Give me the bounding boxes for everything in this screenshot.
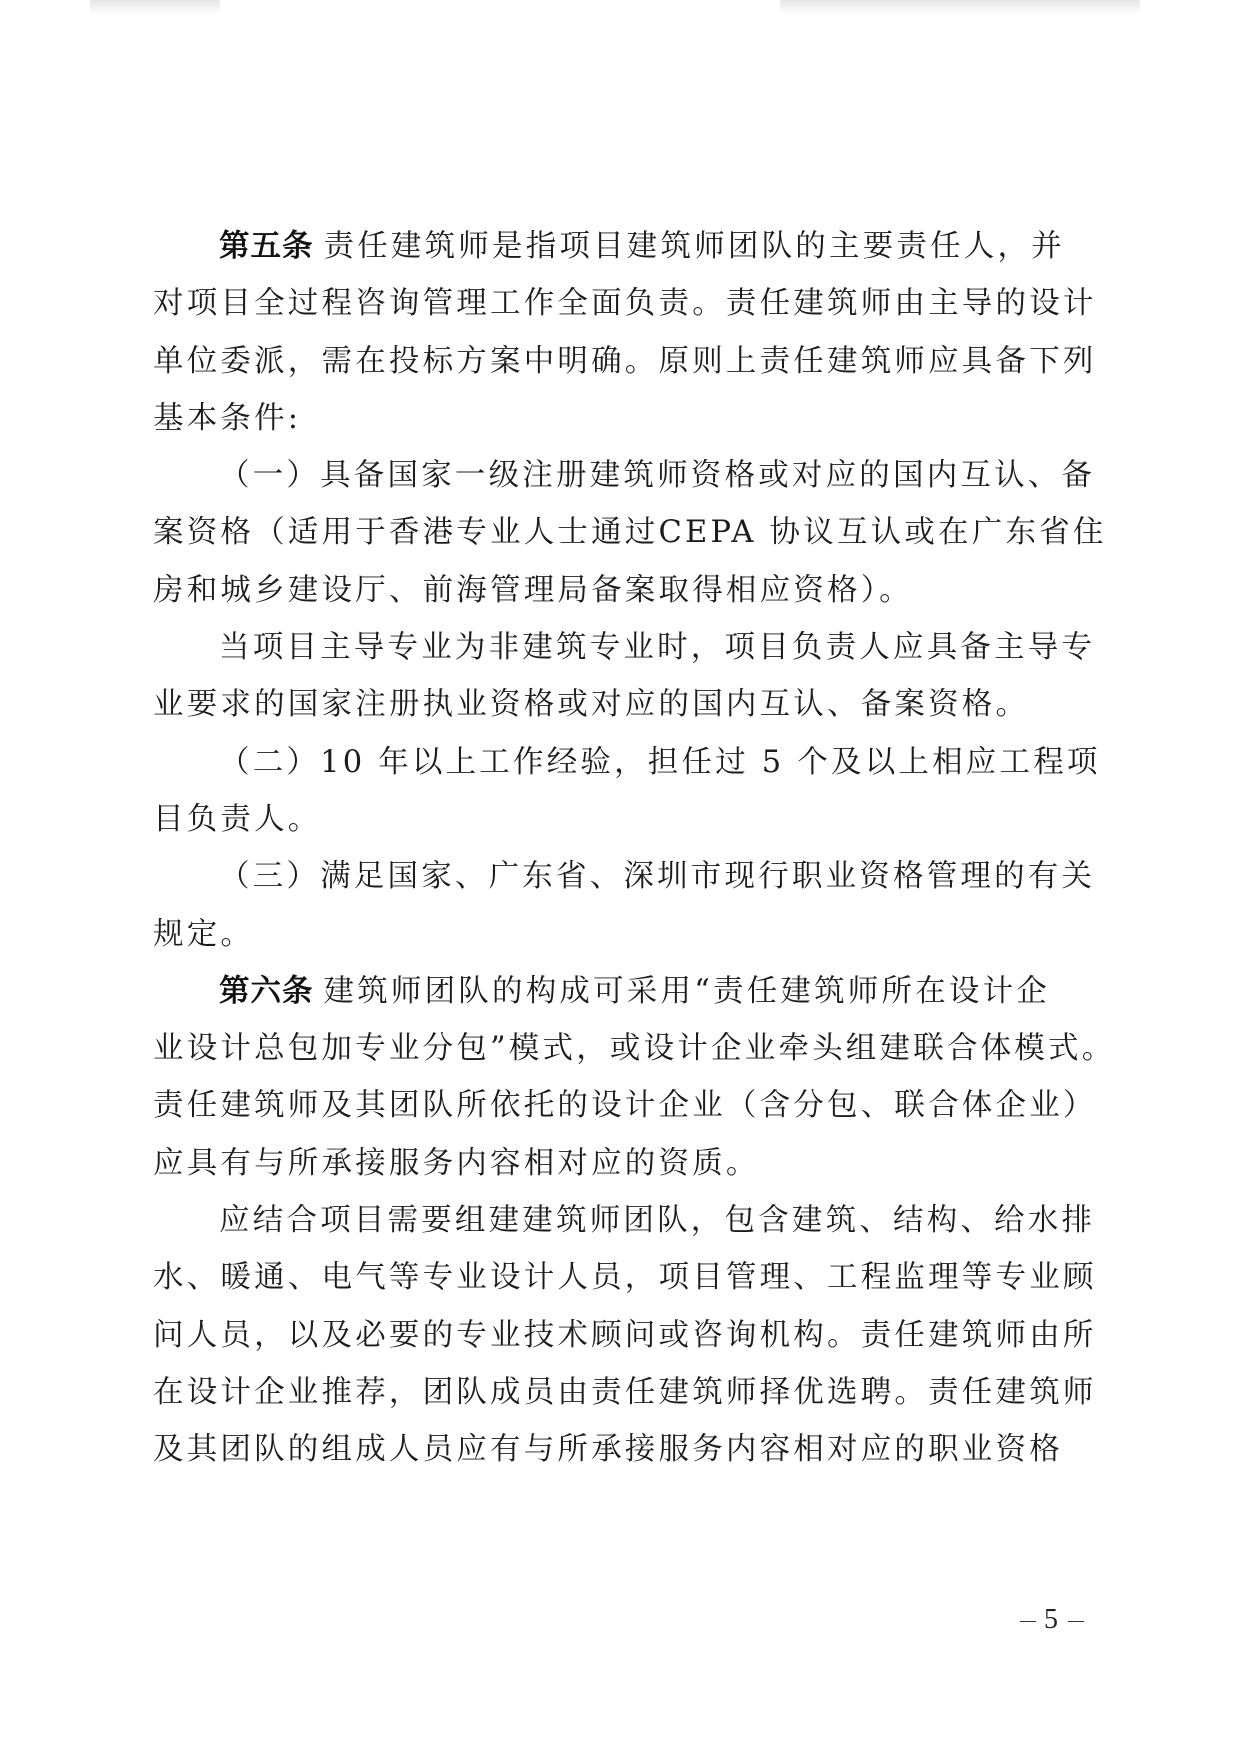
text-line: 应具有与所承接服务内容相对应的资质。: [153, 1135, 1091, 1192]
line-text: 当项目主导专业为非建筑专业时，项目负责人应具备主导专: [219, 630, 1095, 665]
line-text: 业要求的国家注册执业资格或对应的国内互认、备案资格。: [153, 687, 1029, 722]
document-body: 第五条责任建筑师是指项目建筑师团队的主要责任人，并对项目全过程咨询管理工作全面负…: [153, 218, 1091, 1479]
line-text: 案资格（适用于香港专业人士通过CEPA 协议互认或在广东省住: [153, 515, 1107, 550]
line-text: （三）满足国家、广东省、深圳市现行职业资格管理的有关: [219, 859, 1095, 894]
line-text: 水、暖通、电气等专业设计人员，项目管理、工程监理等专业顾: [153, 1260, 1097, 1295]
article-label: 第六条: [219, 974, 314, 1009]
line-text: 对项目全过程咨询管理工作全面负责。责任建筑师由主导的设计: [153, 286, 1097, 321]
line-text: 单位委派，需在投标方案中明确。原则上责任建筑师应具备下列: [153, 344, 1097, 379]
line-text: 及其团队的组成人员应有与所承接服务内容相对应的职业资格: [153, 1432, 1063, 1467]
document-page: 第五条责任建筑师是指项目建筑师团队的主要责任人，并对项目全过程咨询管理工作全面负…: [0, 0, 1246, 1754]
text-line: 规定。: [153, 906, 1091, 963]
line-text: 目负责人。: [153, 802, 322, 837]
dash-left: [1020, 1621, 1036, 1623]
scan-artifact: [90, 0, 220, 14]
text-line: 目负责人。: [153, 791, 1091, 848]
line-text: 建筑师团队的构成可采用“责任建筑师所在设计企: [324, 974, 1051, 1009]
line-text: 基本条件:: [153, 401, 301, 436]
line-text: 责任建筑师是指项目建筑师团队的主要责任人，并: [324, 229, 1065, 264]
line-text: 规定。: [153, 917, 254, 952]
text-line: 及其团队的组成人员应有与所承接服务内容相对应的职业资格: [153, 1421, 1091, 1478]
dash-right: [1068, 1621, 1084, 1623]
page-number: 5: [1012, 1600, 1092, 1640]
text-line: 业设计总包加专业分包”模式，或设计企业牵头组建联合体模式。: [153, 1020, 1091, 1077]
line-text: 业设计总包加专业分包”模式，或设计企业牵头组建联合体模式。: [153, 1031, 1115, 1066]
line-text: （一）具备国家一级注册建筑师资格或对应的国内互认、备: [219, 458, 1095, 493]
text-line: 房和城乡建设厅、前海管理局备案取得相应资格）。: [153, 562, 1091, 619]
text-line: 对项目全过程咨询管理工作全面负责。责任建筑师由主导的设计: [153, 275, 1091, 332]
line-text: 房和城乡建设厅、前海管理局备案取得相应资格）。: [153, 573, 913, 608]
line-text: 问人员，以及必要的专业技术顾问或咨询机构。责任建筑师由所: [153, 1318, 1097, 1353]
text-line: 第六条建筑师团队的构成可采用“责任建筑师所在设计企: [153, 963, 1091, 1020]
text-line: 责任建筑师及其团队所依托的设计企业（含分包、联合体企业）: [153, 1077, 1091, 1134]
text-line: 问人员，以及必要的专业技术顾问或咨询机构。责任建筑师由所: [153, 1307, 1091, 1364]
article-label: 第五条: [219, 229, 314, 264]
text-line: （一）具备国家一级注册建筑师资格或对应的国内互认、备: [153, 447, 1091, 504]
line-text: 在设计企业推荐，团队成员由责任建筑师择优选聘。责任建筑师: [153, 1375, 1097, 1410]
line-text: （二）10 年以上工作经验，担任过 5 个及以上相应工程项: [219, 745, 1101, 780]
text-line: （二）10 年以上工作经验，担任过 5 个及以上相应工程项: [153, 734, 1091, 791]
text-line: 单位委派，需在投标方案中明确。原则上责任建筑师应具备下列: [153, 333, 1091, 390]
line-text: 应具有与所承接服务内容相对应的资质。: [153, 1146, 760, 1181]
line-text: 责任建筑师及其团队所依托的设计企业（含分包、联合体企业）: [153, 1088, 1097, 1123]
text-line: 水、暖通、电气等专业设计人员，项目管理、工程监理等专业顾: [153, 1249, 1091, 1306]
line-text: 应结合项目需要组建建筑师团队，包含建筑、结构、给水排: [219, 1203, 1095, 1238]
text-line: （三）满足国家、广东省、深圳市现行职业资格管理的有关: [153, 848, 1091, 905]
text-line: 在设计企业推荐，团队成员由责任建筑师择优选聘。责任建筑师: [153, 1364, 1091, 1421]
text-line: 应结合项目需要组建建筑师团队，包含建筑、结构、给水排: [153, 1192, 1091, 1249]
text-line: 业要求的国家注册执业资格或对应的国内互认、备案资格。: [153, 676, 1091, 733]
text-line: 基本条件:: [153, 390, 1091, 447]
text-line: 第五条责任建筑师是指项目建筑师团队的主要责任人，并: [153, 218, 1091, 275]
text-line: 案资格（适用于香港专业人士通过CEPA 协议互认或在广东省住: [153, 504, 1091, 561]
text-line: 当项目主导专业为非建筑专业时，项目负责人应具备主导专: [153, 619, 1091, 676]
page-number-value: 5: [1044, 1604, 1060, 1635]
scan-artifact: [780, 0, 1140, 14]
